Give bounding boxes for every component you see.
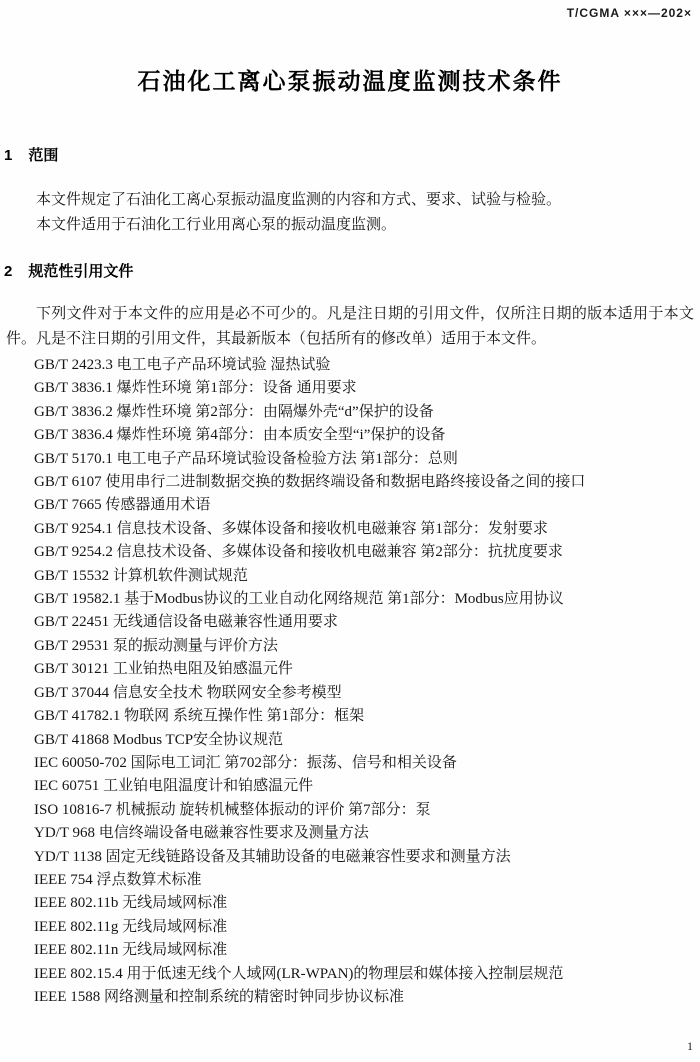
reference-item: GB/T 41782.1 物联网 系统互操作性 第1部分：框架 — [0, 705, 700, 728]
page-number: 1 — [687, 1039, 693, 1054]
section-number: 1 — [4, 146, 12, 166]
reference-item: IEEE 754 浮点数算术标准 — [0, 869, 700, 892]
reference-item: IEEE 802.11g 无线局域网标准 — [0, 916, 700, 939]
reference-item: GB/T 19582.1 基于Modbus协议的工业自动化网络规范 第1部分：M… — [0, 588, 700, 611]
reference-item: GB/T 2423.3 电工电子产品环境试验 湿热试验 — [0, 354, 700, 377]
paragraph: 本文件规定了石油化工离心泵振动温度监测的内容和方式、要求、试验与检验。 — [0, 188, 700, 213]
section-title: 范围 — [28, 147, 58, 164]
reference-item: IEEE 802.15.4 用于低速无线个人域网(LR-WPAN)的物理层和媒体… — [0, 963, 700, 986]
reference-item: GB/T 3836.2 爆炸性环境 第2部分：由隔爆外壳“d”保护的设备 — [0, 401, 700, 424]
reference-item: GB/T 3836.1 爆炸性环境 第1部分：设备 通用要求 — [0, 377, 700, 400]
section-heading: 2规范性引用文件 — [0, 262, 700, 282]
reference-item: GB/T 37044 信息安全技术 物联网安全参考模型 — [0, 682, 700, 705]
paragraph: 下列文件对于本文件的应用是必不可少的。凡是注日期的引用文件，仅所注日期的版本适用… — [0, 302, 700, 352]
section-number: 2 — [4, 262, 12, 282]
standard-number: T/CGMA ×××—202× — [567, 6, 692, 20]
reference-item: IEC 60050-702 国际电工词汇 第702部分：振荡、信号和相关设备 — [0, 752, 700, 775]
document-body: 1范围本文件规定了石油化工离心泵振动温度监测的内容和方式、要求、试验与检验。本文… — [0, 146, 700, 1009]
reference-item: IEEE 802.11b 无线局域网标准 — [0, 892, 700, 915]
reference-item: YD/T 968 电信终端设备电磁兼容性要求及测量方法 — [0, 822, 700, 845]
reference-item: ISO 10816-7 机械振动 旋转机械整体振动的评价 第7部分：泵 — [0, 799, 700, 822]
reference-item: IEEE 802.11n 无线局域网标准 — [0, 939, 700, 962]
document-title: 石油化工离心泵振动温度监测技术条件 — [0, 66, 700, 96]
section: 2规范性引用文件下列文件对于本文件的应用是必不可少的。凡是注日期的引用文件，仅所… — [0, 262, 700, 1009]
paragraph: 本文件适用于石油化工行业用离心泵的振动温度监测。 — [0, 213, 700, 238]
reference-item: GB/T 22451 无线通信设备电磁兼容性通用要求 — [0, 611, 700, 634]
section: 1范围本文件规定了石油化工离心泵振动温度监测的内容和方式、要求、试验与检验。本文… — [0, 146, 700, 238]
reference-item: YD/T 1138 固定无线链路设备及其辅助设备的电磁兼容性要求和测量方法 — [0, 846, 700, 869]
reference-item: GB/T 9254.1 信息技术设备、多媒体设备和接收机电磁兼容 第1部分：发射… — [0, 518, 700, 541]
reference-item: GB/T 5170.1 电工电子产品环境试验设备检验方法 第1部分：总则 — [0, 448, 700, 471]
section-title: 规范性引用文件 — [28, 263, 133, 280]
reference-item: GB/T 6107 使用串行二进制数据交换的数据终端设备和数据电路终接设备之间的… — [0, 471, 700, 494]
reference-item: IEC 60751 工业铂电阻温度计和铂感温元件 — [0, 775, 700, 798]
document-header: T/CGMA ×××—202× — [0, 0, 700, 20]
reference-item: GB/T 41868 Modbus TCP安全协议规范 — [0, 729, 700, 752]
reference-item: GB/T 7665 传感器通用术语 — [0, 494, 700, 517]
reference-item: GB/T 9254.2 信息技术设备、多媒体设备和接收机电磁兼容 第2部分：抗扰… — [0, 541, 700, 564]
paragraph-group: 本文件规定了石油化工离心泵振动温度监测的内容和方式、要求、试验与检验。本文件适用… — [0, 188, 700, 238]
reference-item: GB/T 29531 泵的振动测量与评价方法 — [0, 635, 700, 658]
reference-item: IEEE 1588 网络测量和控制系统的精密时钟同步协议标准 — [0, 986, 700, 1009]
reference-item: GB/T 3836.4 爆炸性环境 第4部分：由本质安全型“i”保护的设备 — [0, 424, 700, 447]
reference-item: GB/T 15532 计算机软件测试规范 — [0, 565, 700, 588]
section-heading: 1范围 — [0, 146, 700, 166]
paragraph-group: 下列文件对于本文件的应用是必不可少的。凡是注日期的引用文件，仅所注日期的版本适用… — [0, 302, 700, 352]
reference-item: GB/T 30121 工业铂热电阻及铂感温元件 — [0, 658, 700, 681]
references-list: GB/T 2423.3 电工电子产品环境试验 湿热试验GB/T 3836.1 爆… — [0, 354, 700, 1009]
document-page: T/CGMA ×××—202× 石油化工离心泵振动温度监测技术条件 1范围本文件… — [0, 0, 700, 1062]
